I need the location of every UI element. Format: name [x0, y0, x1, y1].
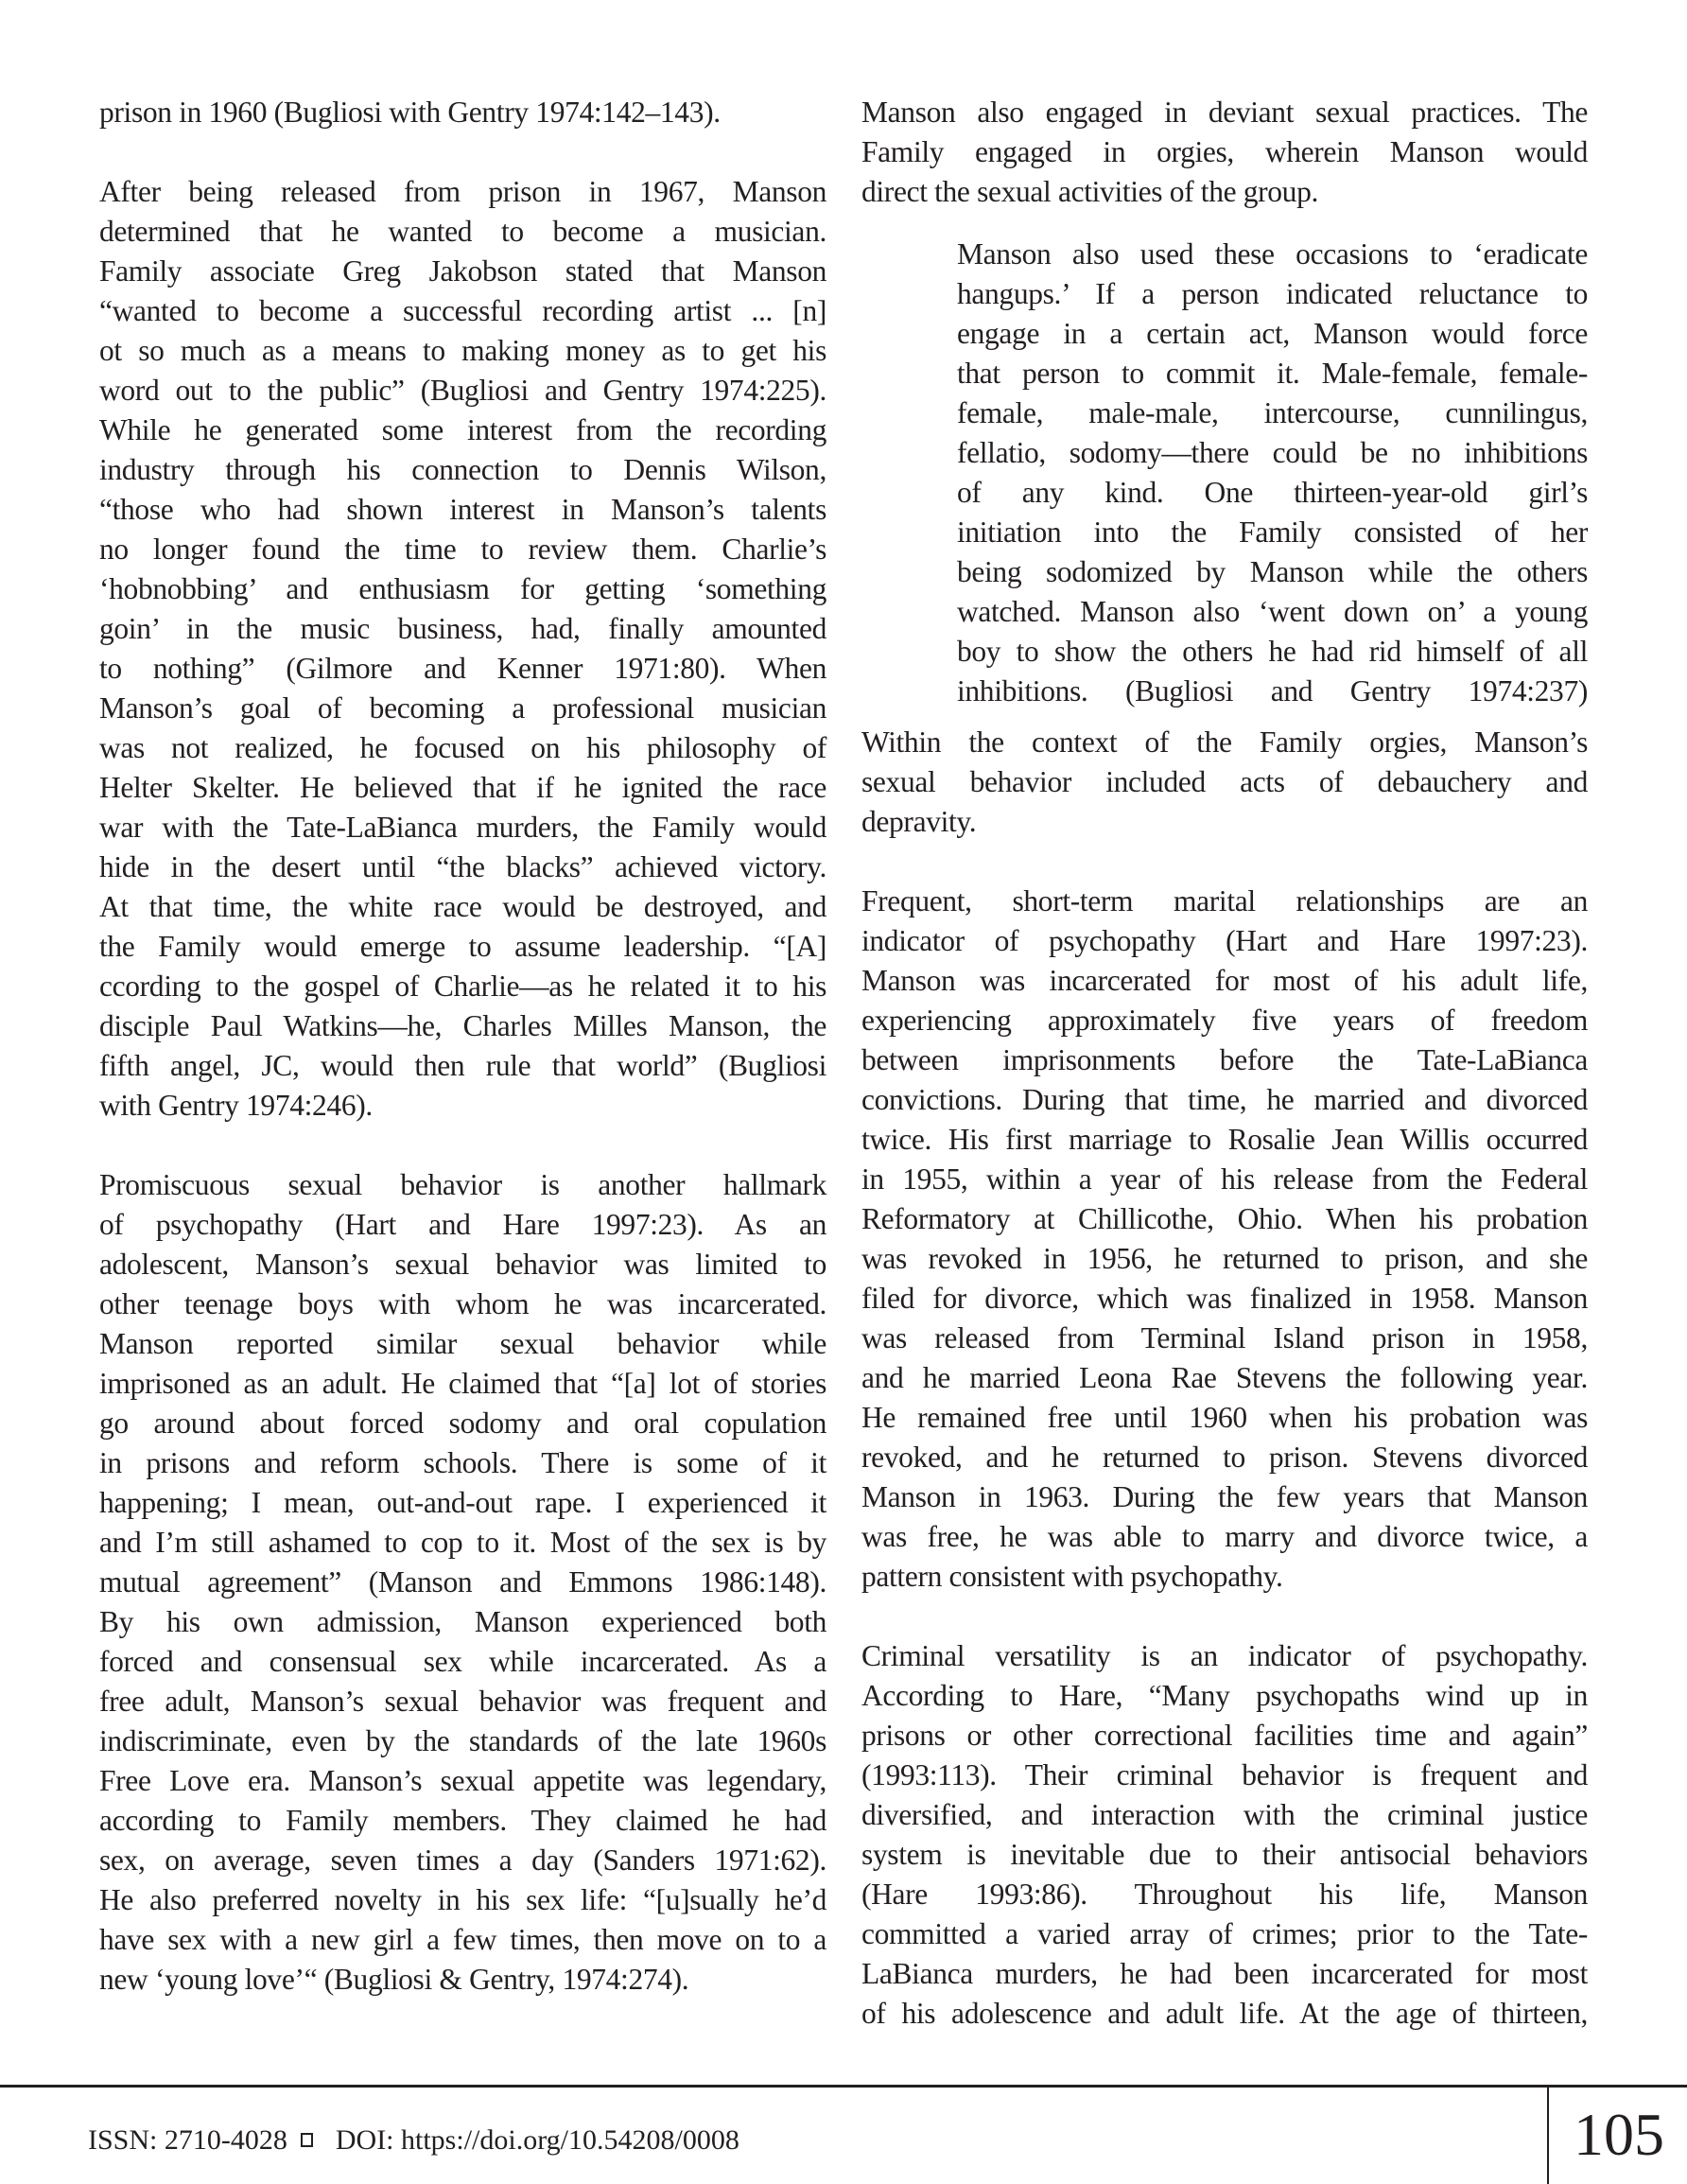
text-line: being sodomized by Manson while the othe…	[957, 552, 1588, 592]
footer-meta: ISSN: 2710-4028 DOI: https://doi.org/10.…	[88, 2122, 739, 2159]
text-line: prison in 1960 (Bugliosi with Gentry 197…	[99, 93, 826, 132]
text-line: Manson also engaged in deviant sexual pr…	[861, 93, 1588, 132]
text-line: Family associate Greg Jakobson stated th…	[99, 252, 826, 291]
text-line: After being released from prison in 1967…	[99, 172, 826, 212]
text-line: Manson in 1963. During the few years tha…	[861, 1477, 1588, 1517]
text-line: Criminal versatility is an indicator of …	[861, 1636, 1588, 1676]
text-line: Family engaged in orgies, wherein Manson…	[861, 132, 1588, 172]
text-line: LaBianca murders, he had been incarcerat…	[861, 1954, 1588, 1994]
text-line: revoked, and he returned to prison. Stev…	[861, 1438, 1588, 1477]
text-line: depravity.	[861, 802, 1588, 842]
text-line: of his adolescence and adult life. At th…	[861, 1994, 1588, 2034]
text-line: system is inevitable due to their antiso…	[861, 1835, 1588, 1875]
text-line: adolescent, Manson’s sexual behavior was…	[99, 1245, 826, 1284]
text-line: (1993:113). Their criminal behavior is f…	[861, 1756, 1588, 1795]
text-line: committed a varied array of crimes; prio…	[861, 1914, 1588, 1954]
text-line: in prisons and reform schools. There is …	[99, 1443, 826, 1483]
text-line: no longer found the time to review them.…	[99, 530, 826, 569]
text-line: of psychopathy (Hart and Hare 1997:23). …	[99, 1205, 826, 1245]
text-line: hide in the desert until “the blacks” ac…	[99, 847, 826, 887]
text-line: other teenage boys with whom he was inca…	[99, 1284, 826, 1324]
text-line: He remained free until 1960 when his pro…	[861, 1398, 1588, 1438]
text-line: inhibitions. (Bugliosi and Gentry 1974:2…	[957, 672, 1588, 711]
text-line: Reformatory at Chillicothe, Ohio. When h…	[861, 1199, 1588, 1239]
text-line: was free, he was able to marry and divor…	[861, 1517, 1588, 1557]
text-line: fellatio, sodomy—there could be no inhib…	[957, 433, 1588, 473]
text-line: Promiscuous sexual behavior is another h…	[99, 1165, 826, 1205]
text-line: engage in a certain act, Manson would fo…	[957, 314, 1588, 354]
text-line: to nothing” (Gilmore and Kenner 1971:80)…	[99, 649, 826, 689]
text-line: forced and consensual sex while incarcer…	[99, 1642, 826, 1682]
text-line: He also preferred novelty in his sex lif…	[99, 1880, 826, 1920]
text-line: ot so much as a means to making money as…	[99, 331, 826, 371]
text-line: experiencing approximately five years of…	[861, 1001, 1588, 1040]
text-line: ccording to the gospel of Charlie—as he …	[99, 967, 826, 1006]
text-line: By his own admission, Manson experienced…	[99, 1602, 826, 1642]
text-line: industry through his connection to Denni…	[99, 450, 826, 490]
text-line: sexual behavior included acts of debauch…	[861, 762, 1588, 802]
square-icon	[301, 2133, 313, 2147]
text-line: (Hare 1993:86). Throughout his life, Man…	[861, 1875, 1588, 1914]
right-column: Manson also engaged in deviant sexual pr…	[861, 93, 1588, 2073]
text-line: direct the sexual activities of the grou…	[861, 172, 1588, 212]
paragraph-musician: After being released from prison in 1967…	[99, 172, 826, 1126]
text-line: female, male-male, intercourse, cunnilin…	[957, 393, 1588, 433]
text-line: hangups.’ If a person indicated reluctan…	[957, 274, 1588, 314]
paragraph-promiscuous-behavior: Promiscuous sexual behavior is another h…	[99, 1165, 826, 2000]
text-line: happening; I mean, out-and-out rape. I e…	[99, 1483, 826, 1523]
text-line: was released from Terminal Island prison…	[861, 1319, 1588, 1358]
text-line: determined that he wanted to become a mu…	[99, 212, 826, 252]
issn-label: ISSN: 2710-4028	[88, 2122, 287, 2159]
text-line: and I’m still ashamed to cop to it. Most…	[99, 1523, 826, 1563]
left-column: prison in 1960 (Bugliosi with Gentry 197…	[99, 93, 826, 2039]
text-line: Frequent, short-term marital relationshi…	[861, 882, 1588, 921]
paragraph-deviant-practices: Manson also engaged in deviant sexual pr…	[861, 93, 1588, 212]
text-line: pattern consistent with psychopathy.	[861, 1557, 1588, 1597]
text-line: watched. Manson also ‘went down on’ a yo…	[957, 592, 1588, 632]
footer-rule	[0, 2085, 1687, 2088]
text-line: Free Love era. Manson’s sexual appetite …	[99, 1761, 826, 1801]
text-line: indicator of psychopathy (Hart and Hare …	[861, 921, 1588, 961]
text-line: free adult, Manson’s sexual behavior was…	[99, 1682, 826, 1721]
doi-link[interactable]: DOI: https://doi.org/10.54208/0008	[336, 2122, 739, 2159]
text-line: mutual agreement” (Manson and Emmons 198…	[99, 1563, 826, 1602]
text-line: prisons or other correctional facilities…	[861, 1716, 1588, 1756]
text-line: Manson reported similar sexual behavior …	[99, 1324, 826, 1364]
text-line: imprisoned as an adult. He claimed that …	[99, 1364, 826, 1404]
text-line: At that time, the white race would be de…	[99, 887, 826, 927]
text-line: word out to the public” (Bugliosi and Ge…	[99, 371, 826, 411]
text-line: goin’ in the music business, had, finall…	[99, 609, 826, 649]
text-line: diversified, and interaction with the cr…	[861, 1795, 1588, 1835]
text-line: Manson also used these occasions to ‘era…	[957, 235, 1588, 274]
text-line: with Gentry 1974:246).	[99, 1086, 826, 1126]
text-line: “those who had shown interest in Manson’…	[99, 490, 826, 530]
paragraph-continuation: prison in 1960 (Bugliosi with Gentry 197…	[99, 93, 826, 132]
text-line: While he generated some interest from th…	[99, 411, 826, 450]
text-line: Manson was incarcerated for most of his …	[861, 961, 1588, 1001]
text-line: “wanted to become a successful recording…	[99, 291, 826, 331]
text-line: have sex with a new girl a few times, th…	[99, 1920, 826, 1960]
text-line: Helter Skelter. He believed that if he i…	[99, 768, 826, 808]
text-line: According to Hare, “Many psychopaths win…	[861, 1676, 1588, 1716]
text-line: ‘hobnobbing’ and enthusiasm for getting …	[99, 569, 826, 609]
text-line: boy to show the others he had rid himsel…	[957, 632, 1588, 672]
text-line: was revoked in 1956, he returned to pris…	[861, 1239, 1588, 1279]
text-line: was not realized, he focused on his phil…	[99, 728, 826, 768]
text-line: that person to commit it. Male-female, f…	[957, 354, 1588, 393]
page-number: 105	[1574, 2102, 1664, 2168]
text-line: Manson’s goal of becoming a professional…	[99, 689, 826, 728]
text-line: fifth angel, JC, would then rule that wo…	[99, 1046, 826, 1086]
text-line: convictions. During that time, he marrie…	[861, 1080, 1588, 1120]
paragraph-criminal-versatility: Criminal versatility is an indicator of …	[861, 1636, 1588, 2034]
text-line: in 1955, within a year of his release fr…	[861, 1160, 1588, 1199]
text-line: go around about forced sodomy and oral c…	[99, 1404, 826, 1443]
text-line: new ‘young love’“ (Bugliosi & Gentry, 19…	[99, 1960, 826, 2000]
footer-divider	[1547, 2085, 1549, 2184]
paragraph-orgies-context: Within the context of the Family orgies,…	[861, 723, 1588, 842]
text-line: the Family would emerge to assume leader…	[99, 927, 826, 967]
text-line: filed for divorce, which was finalized i…	[861, 1279, 1588, 1319]
text-line: twice. His first marriage to Rosalie Jea…	[861, 1120, 1588, 1160]
text-line: according to Family members. They claime…	[99, 1801, 826, 1841]
text-line: Within the context of the Family orgies,…	[861, 723, 1588, 762]
paragraph-marital-relationships: Frequent, short-term marital relationshi…	[861, 882, 1588, 1597]
text-line: indiscriminate, even by the standards of…	[99, 1721, 826, 1761]
document-page: prison in 1960 (Bugliosi with Gentry 197…	[0, 0, 1687, 2184]
text-line: initiation into the Family consisted of …	[957, 513, 1588, 552]
text-line: war with the Tate-LaBianca murders, the …	[99, 808, 826, 847]
block-quote: Manson also used these occasions to ‘era…	[957, 235, 1588, 711]
text-line: and he married Leona Rae Stevens the fol…	[861, 1358, 1588, 1398]
text-line: between imprisonments before the Tate-La…	[861, 1040, 1588, 1080]
text-line: sex, on average, seven times a day (Sand…	[99, 1841, 826, 1880]
text-line: of any kind. One thirteen-year-old girl’…	[957, 473, 1588, 513]
text-line: disciple Paul Watkins—he, Charles Milles…	[99, 1006, 826, 1046]
